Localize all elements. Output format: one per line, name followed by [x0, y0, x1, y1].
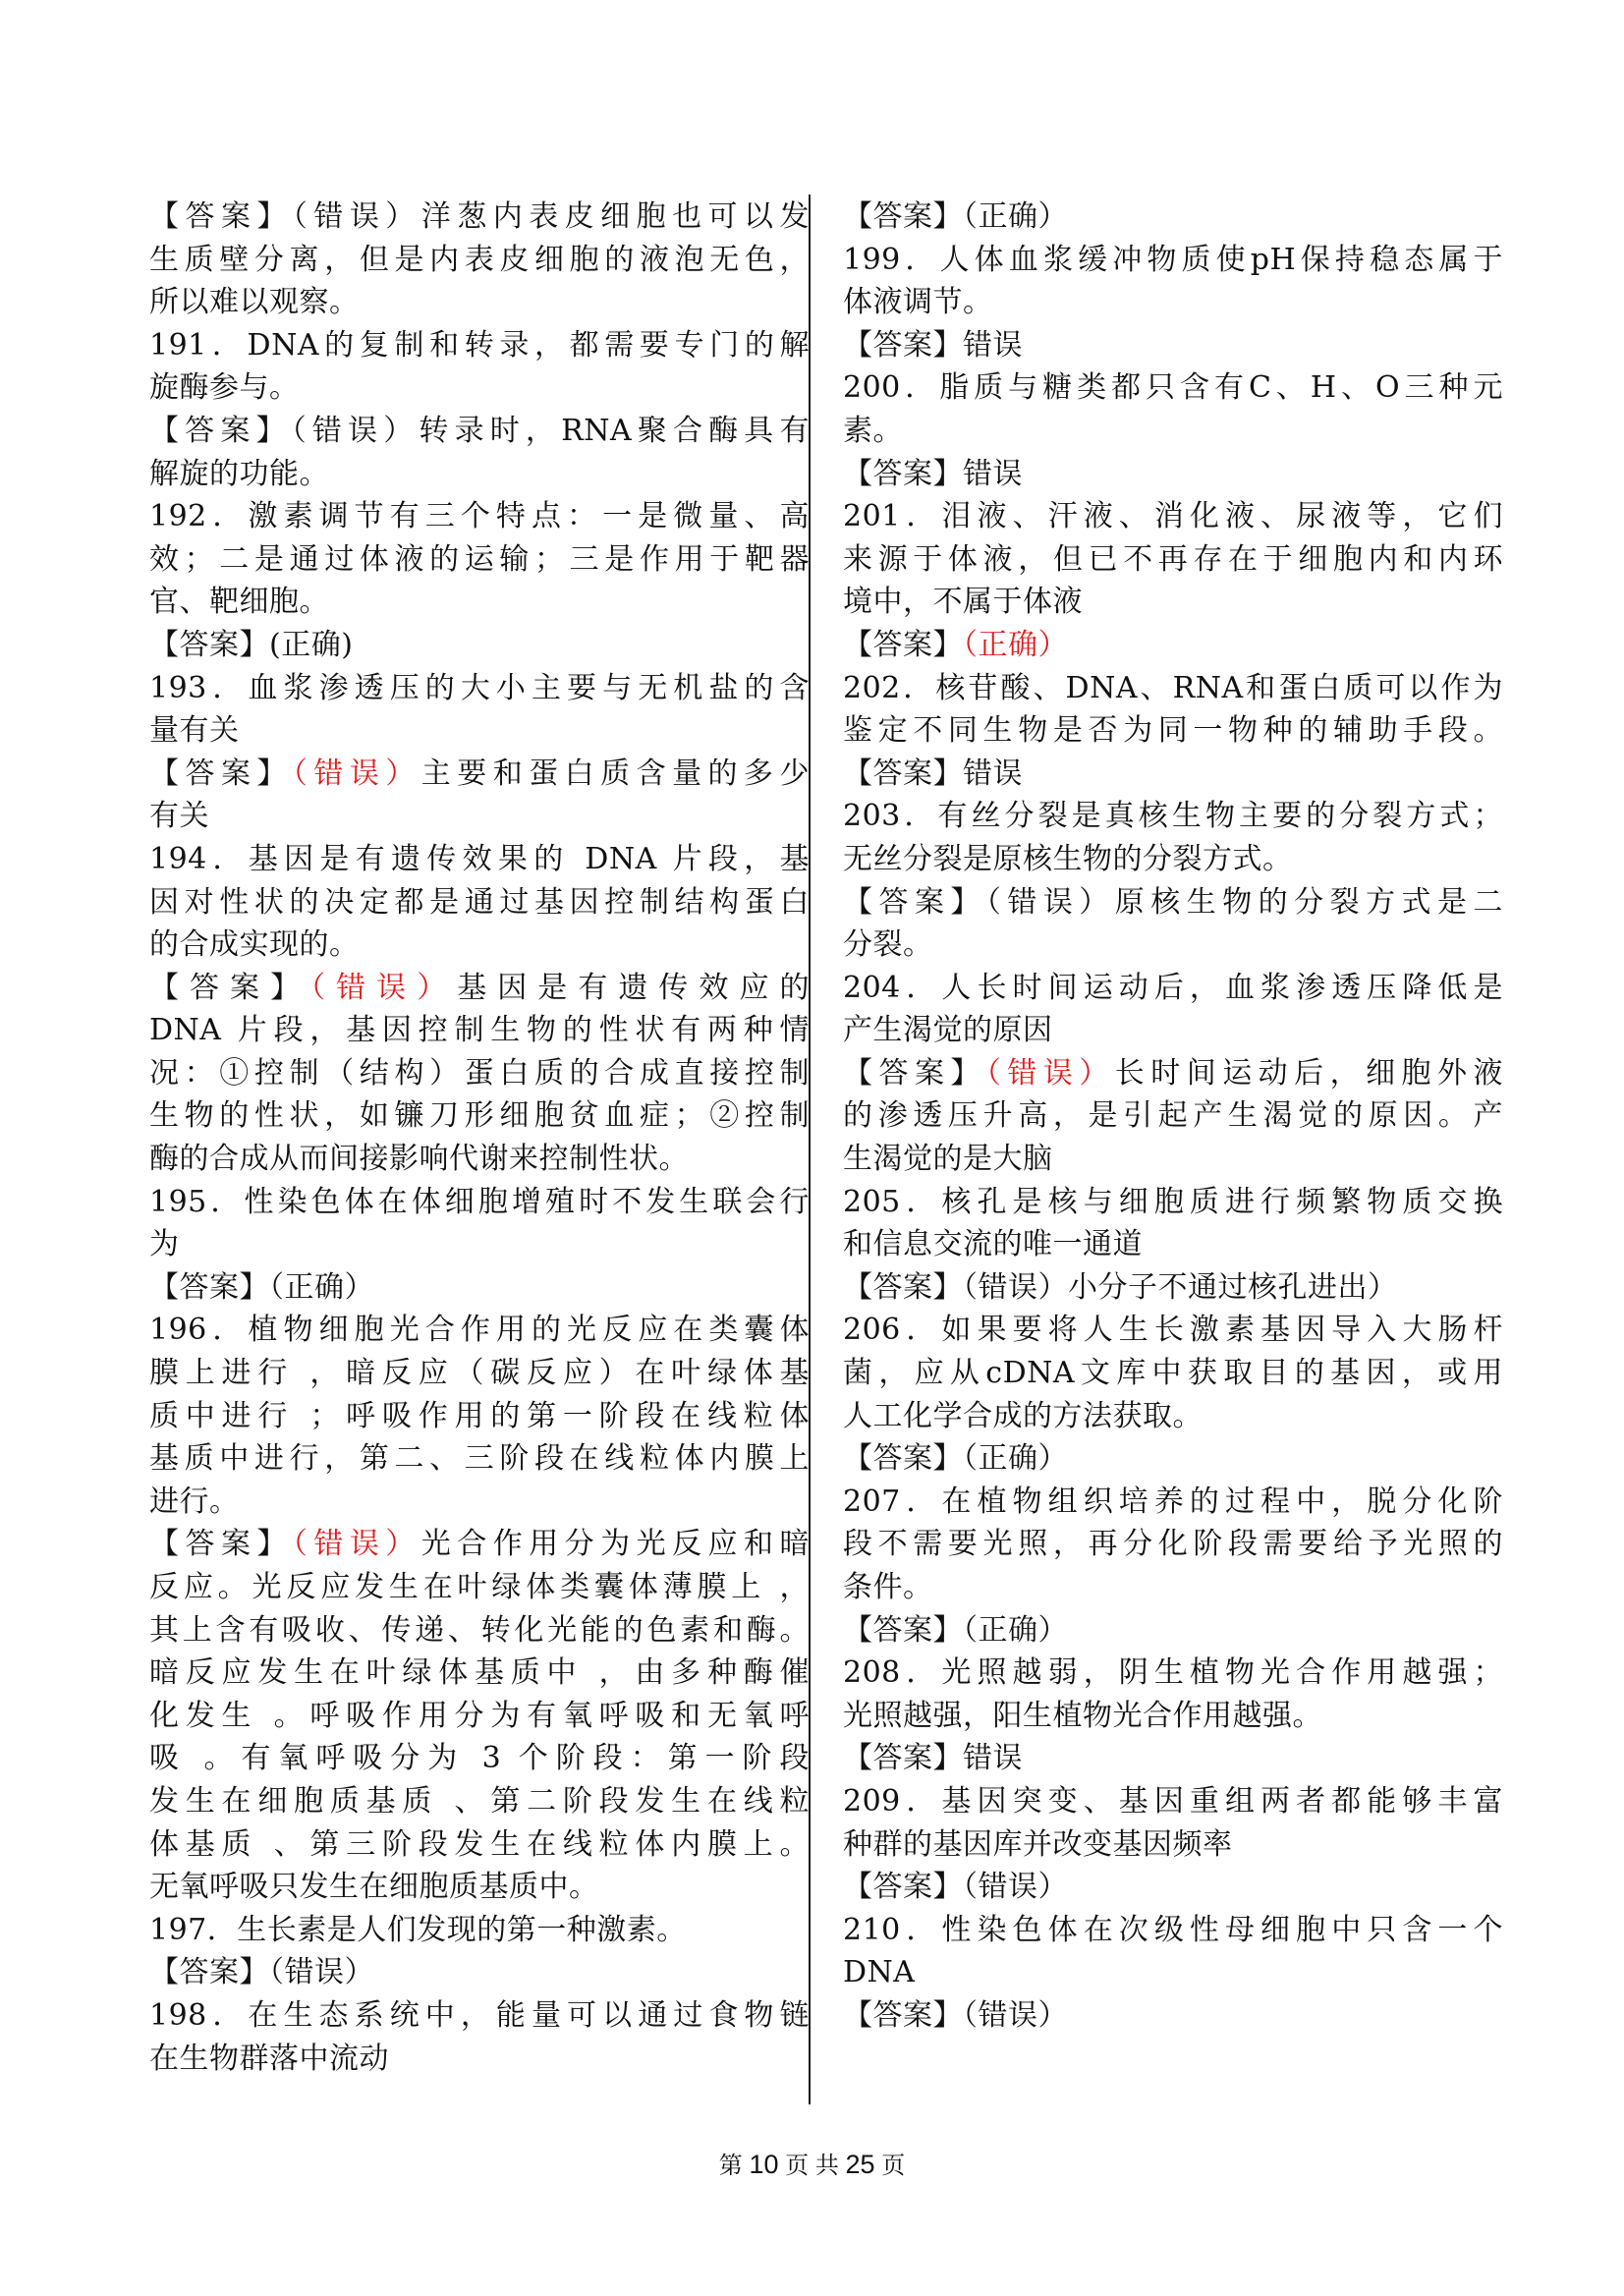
text-line: 194．基因是有遗传效果的 DNA 片段，基 [149, 838, 810, 881]
text-line: 195．性染色体在体细胞增殖时不发生联会行 [149, 1181, 810, 1224]
text-line: 因对性状的决定都是通过基因控制结构蛋白 [149, 881, 810, 924]
answer-label: 【答案】 [149, 971, 310, 1005]
text-line: 产生渴觉的原因 [843, 1009, 1503, 1052]
answer-explanation: 长时间运动后，细胞外液 [1115, 1056, 1503, 1091]
text-line: 203．有丝分裂是真核生物主要的分裂方式； [843, 795, 1503, 838]
text-line: 198．在生态系统中，能量可以通过食物链 [149, 1994, 810, 2038]
text-line: 在生物群落中流动 [149, 2038, 810, 2081]
answer-verdict-highlight: （错误） [310, 971, 457, 1005]
answer-label: 【答案】 [843, 1056, 986, 1091]
text-line: 官、靶细胞。 [149, 581, 810, 624]
text-line: 【答案】（错误） [149, 1951, 810, 1994]
text-line: 种群的基因库并改变基因频率 [843, 1823, 1503, 1867]
text-line: 【答案】（错误）转录时，RNA聚合酶具有 [149, 410, 810, 453]
text-line: 分裂。 [843, 924, 1503, 967]
text-line: 境中，不属于体液 [843, 581, 1503, 624]
text-line: 酶的合成从而间接影响代谢来控制性状。 [149, 1138, 810, 1181]
text-line: 基质中进行，第二、三阶段在线粒体内膜上 [149, 1437, 810, 1481]
text-line: 206．如果要将人生长激素基因导入大肠杆 [843, 1309, 1503, 1352]
text-line: 204．人长时间运动后，血浆渗透压降低是 [843, 967, 1503, 1010]
text-line: 膜上进行 ，暗反应（碳反应）在叶绿体基 [149, 1352, 810, 1395]
answer-explanation: 光合作用分为光反应和暗 [421, 1527, 810, 1561]
text-line: 205．核孔是核与细胞质进行频繁物质交换 [843, 1181, 1503, 1224]
text-line: 化发生 。呼吸作用分为有氧呼吸和无氧呼 [149, 1695, 810, 1738]
text-line: 段不需要光照，再分化阶段需要给予光照的 [843, 1523, 1503, 1566]
document-page: 【答案】（错误）洋葱内表皮细胞也可以发生质壁分离，但是内表皮细胞的液泡无色，所以… [0, 0, 1624, 2296]
text-line: 的渗透压升高，是引起产生渴觉的原因。产 [843, 1094, 1503, 1138]
text-line: 196．植物细胞光合作用的光反应在类囊体 [149, 1309, 810, 1352]
text-line: 【答案】(正确) [149, 624, 810, 667]
text-line: 【答案】错误 [843, 324, 1503, 367]
text-line: 的合成实现的。 [149, 924, 810, 967]
text-line: 为 [149, 1223, 810, 1266]
right-column: 【答案】（正确）199．人体血浆缓冲物质使pH保持稳态属于体液调节。【答案】错误… [843, 196, 1503, 2038]
text-line: 【答案】（错误）长时间运动后，细胞外液 [843, 1052, 1503, 1095]
text-line: 【答案】（正确） [843, 1609, 1503, 1652]
text-line: 【答案】错误 [843, 753, 1503, 796]
text-line: 【答案】（正确） [843, 1437, 1503, 1481]
text-line: 反应。光反应发生在叶绿体类囊体薄膜上 ， [149, 1566, 810, 1609]
text-line: DNA 片段，基因控制生物的性状有两种情 [149, 1009, 810, 1052]
text-line: 暗反应发生在叶绿体基质中 ，由多种酶催 [149, 1652, 810, 1695]
text-line: 素。 [843, 410, 1503, 453]
text-line: 【答案】（正确） [149, 1266, 810, 1310]
text-line: 【答案】（错误） [843, 1994, 1503, 2038]
text-line: 有关 [149, 795, 810, 838]
text-line: 【答案】（错误）光合作用分为光反应和暗 [149, 1523, 810, 1566]
text-line: 199．人体血浆缓冲物质使pH保持稳态属于 [843, 239, 1503, 282]
text-line: 【答案】（正确） [843, 196, 1503, 239]
text-line: 【答案】（正确） [843, 624, 1503, 667]
text-line: 193．血浆渗透压的大小主要与无机盐的含 [149, 667, 810, 710]
total-pages-number: 25 [846, 2150, 875, 2179]
text-line: DNA [843, 1951, 1503, 1994]
answer-verdict-highlight: （正确） [963, 628, 1068, 662]
text-line: 197．生长素是人们发现的第一种激素。 [149, 1909, 810, 1952]
text-line: 无丝分裂是原核生物的分裂方式。 [843, 838, 1503, 881]
text-line: 解旋的功能。 [149, 453, 810, 496]
answer-label: 【答案】 [149, 1527, 293, 1561]
text-line: 192．激素调节有三个特点：一是微量、高 [149, 495, 810, 538]
text-line: 生渴觉的是大脑 [843, 1138, 1503, 1181]
text-line: 无氧呼吸只发生在细胞质基质中。 [149, 1866, 810, 1909]
text-line: 【答案】错误 [843, 453, 1503, 496]
text-line: 体液调节。 [843, 281, 1503, 324]
text-line: 发生在细胞质基质 、第二阶段发生在线粒 [149, 1780, 810, 1823]
page-footer: 第 10 页 共 25 页 [0, 2146, 1624, 2180]
text-line: 来源于体液，但已不再存在于细胞内和内环 [843, 538, 1503, 582]
text-line: 【答案】（错误）主要和蛋白质含量的多少 [149, 753, 810, 796]
text-line: 人工化学合成的方法获取。 [843, 1395, 1503, 1438]
answer-explanation: 基因是有遗传效应的 [457, 971, 810, 1005]
answer-explanation: 主要和蛋白质含量的多少 [421, 756, 810, 791]
text-line: 进行。 [149, 1481, 810, 1524]
text-line: 效；二是通过体液的运输；三是作用于靶器 [149, 538, 810, 582]
text-line: 生物的性状，如镰刀形细胞贫血症；②控制 [149, 1094, 810, 1138]
text-line: 其上含有吸收、传递、转化光能的色素和酶。 [149, 1609, 810, 1652]
text-line: 条件。 [843, 1566, 1503, 1609]
footer-middle: 页 共 [785, 2153, 839, 2179]
text-line: 体基质 、第三阶段发生在线粒体内膜上。 [149, 1823, 810, 1867]
footer-suffix: 页 [881, 2153, 905, 2179]
text-line: 菌，应从cDNA文库中获取目的基因，或用 [843, 1352, 1503, 1395]
text-line: 【答案】（错误）洋葱内表皮细胞也可以发 [149, 196, 810, 239]
current-page-number: 10 [749, 2150, 778, 2179]
text-line: 201．泪液、汗液、消化液、尿液等，它们 [843, 495, 1503, 538]
text-line: 况：①控制（结构）蛋白质的合成直接控制 [149, 1052, 810, 1095]
text-line: 208．光照越弱，阴生植物光合作用越强； [843, 1652, 1503, 1695]
answer-verdict-highlight: （错误） [293, 1527, 421, 1561]
answer-label: 【答案】 [149, 756, 293, 791]
text-line: 光照越强，阳生植物光合作用越强。 [843, 1695, 1503, 1738]
text-line: 207．在植物组织培养的过程中，脱分化阶 [843, 1481, 1503, 1524]
answer-verdict-highlight: （错误） [293, 756, 421, 791]
text-line: 191．DNA的复制和转录，都需要专门的解 [149, 324, 810, 367]
text-line: 质中进行 ；呼吸作用的第一阶段在线粒体 [149, 1395, 810, 1438]
text-line: 鉴定不同生物是否为同一物种的辅助手段。 [843, 709, 1503, 753]
left-column: 【答案】（错误）洋葱内表皮细胞也可以发生质壁分离，但是内表皮细胞的液泡无色，所以… [149, 196, 810, 2080]
text-line: 量有关 [149, 709, 810, 753]
text-line: 所以难以观察。 [149, 281, 810, 324]
text-line: 202．核苷酸、DNA、RNA和蛋白质可以作为 [843, 667, 1503, 710]
text-line: 和信息交流的唯一通道 [843, 1223, 1503, 1266]
text-line: 【答案】错误 [843, 1737, 1503, 1780]
text-line: 209．基因突变、基因重组两者都能够丰富 [843, 1780, 1503, 1823]
column-divider [809, 195, 811, 2104]
answer-label: 【答案】 [843, 628, 963, 662]
answer-verdict-highlight: （错误） [986, 1056, 1115, 1091]
text-line: 【答案】（错误）原核生物的分裂方式是二 [843, 881, 1503, 924]
text-line: 210．性染色体在次级性母细胞中只含一个 [843, 1909, 1503, 1952]
text-line: 200．脂质与糖类都只含有C、H、O三种元 [843, 366, 1503, 410]
text-line: 【答案】（错误）基因是有遗传效应的 [149, 967, 810, 1010]
footer-prefix: 第 [719, 2153, 743, 2179]
text-line: 吸 。有氧呼吸分为 3 个阶段：第一阶段 [149, 1737, 810, 1780]
text-line: 【答案】（错误） [843, 1866, 1503, 1909]
text-line: 生质壁分离，但是内表皮细胞的液泡无色， [149, 239, 810, 282]
text-line: 旋酶参与。 [149, 366, 810, 410]
text-line: 【答案】（错误）小分子不通过核孔进出） [843, 1266, 1503, 1310]
